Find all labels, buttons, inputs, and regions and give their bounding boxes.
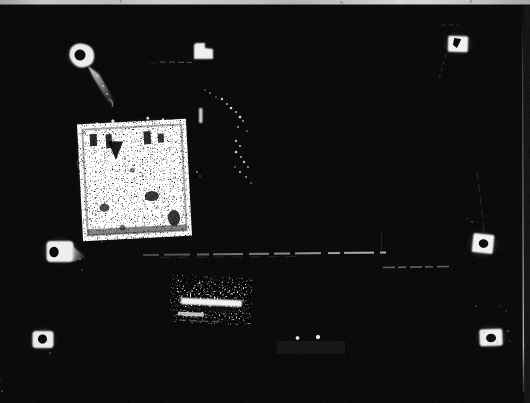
photo-canvas <box>0 0 530 403</box>
film-grain-overlay <box>0 0 530 403</box>
photograph <box>0 0 530 403</box>
